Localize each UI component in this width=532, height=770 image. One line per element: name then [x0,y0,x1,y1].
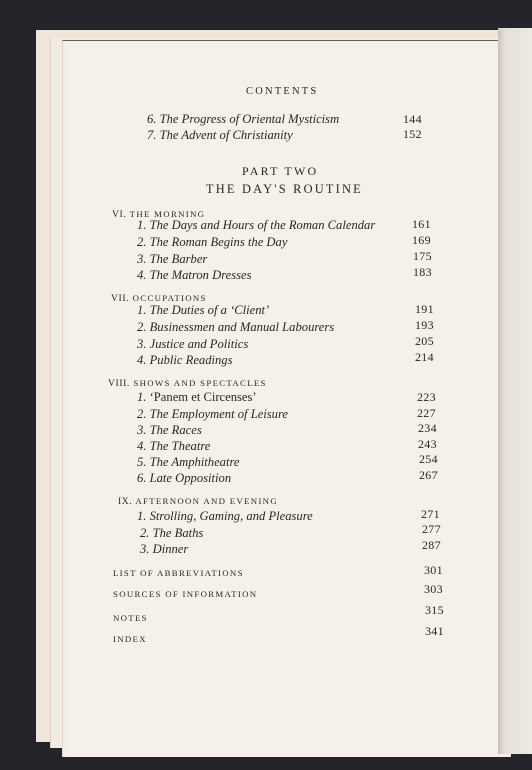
back-matter-page: 303 [424,582,443,597]
contents-text: CONTENTS 6. The Progress of Oriental Mys… [0,0,532,770]
entry-title: 3. The Races [137,423,202,438]
entry-title: 1. Strolling, Gaming, and Pleasure [137,509,313,524]
entry-page: 191 [415,302,434,317]
entry-title: 1. The Days and Hours of the Roman Calen… [137,218,375,233]
entry-page: 287 [422,538,441,553]
entry-page: 227 [417,406,436,421]
entry-title: 6. Late Opposition [137,471,231,486]
entry-title: 2. The Roman Begins the Day [137,235,287,250]
back-matter-title: NOTES [113,613,148,623]
entry-page: 254 [419,452,438,467]
entry-title: 1. The Duties of a ‘Client’ [137,303,269,318]
entry-page: 223 [417,390,436,405]
entry-title: 5. The Amphitheatre [137,455,240,470]
entry-page: 193 [415,318,434,333]
entry-page: 267 [419,468,438,483]
entry-title: 1. ‘Panem et Circenses’ [137,390,257,405]
part-title: THE DAY'S ROUTINE [206,182,363,197]
entry-page: 277 [422,522,441,537]
entry-title: 2. The Baths [140,526,203,541]
entry-page: 183 [413,265,432,280]
entry-page: 205 [415,334,434,349]
entry-title: 4. The Theatre [137,439,210,454]
chapter-heading: VIII. SHOWS AND SPECTACLES [108,378,267,389]
entry-title: 2. The Employment of Leisure [137,407,288,422]
back-matter-title: SOURCES OF INFORMATION [113,589,257,599]
entry-page: 243 [418,437,437,452]
entry-page: 271 [421,507,440,522]
entry-title: 3. Dinner [140,542,188,557]
entry-page: 161 [412,217,431,232]
back-matter-page: 315 [425,603,444,618]
entry-title: 2. Businessmen and Manual Labourers [137,320,334,335]
back-matter-title: INDEX [113,634,147,644]
entry-title: 7. The Advent of Christianity [147,128,293,143]
entry-title: 6. The Progress of Oriental Mysticism [147,112,339,127]
entry-title: 4. Public Readings [137,353,233,368]
entry-title: 4. The Matron Dresses [137,268,252,283]
back-matter-page: 301 [424,563,443,578]
entry-page: 169 [412,233,431,248]
entry-page: 152 [403,127,422,142]
back-matter-page: 341 [425,624,444,639]
entry-page: 175 [413,249,432,264]
chapter-heading: IX. AFTERNOON AND EVENING [118,496,278,507]
entry-page: 144 [403,112,422,127]
part-label: PART TWO [242,164,318,179]
back-matter-title: LIST OF ABBREVIATIONS [113,568,244,578]
entry-title: 3. The Barber [137,252,207,267]
entry-page: 214 [415,350,434,365]
entry-page: 234 [418,421,437,436]
entry-title: 3. Justice and Politics [137,337,248,352]
running-head: CONTENTS [246,86,318,97]
